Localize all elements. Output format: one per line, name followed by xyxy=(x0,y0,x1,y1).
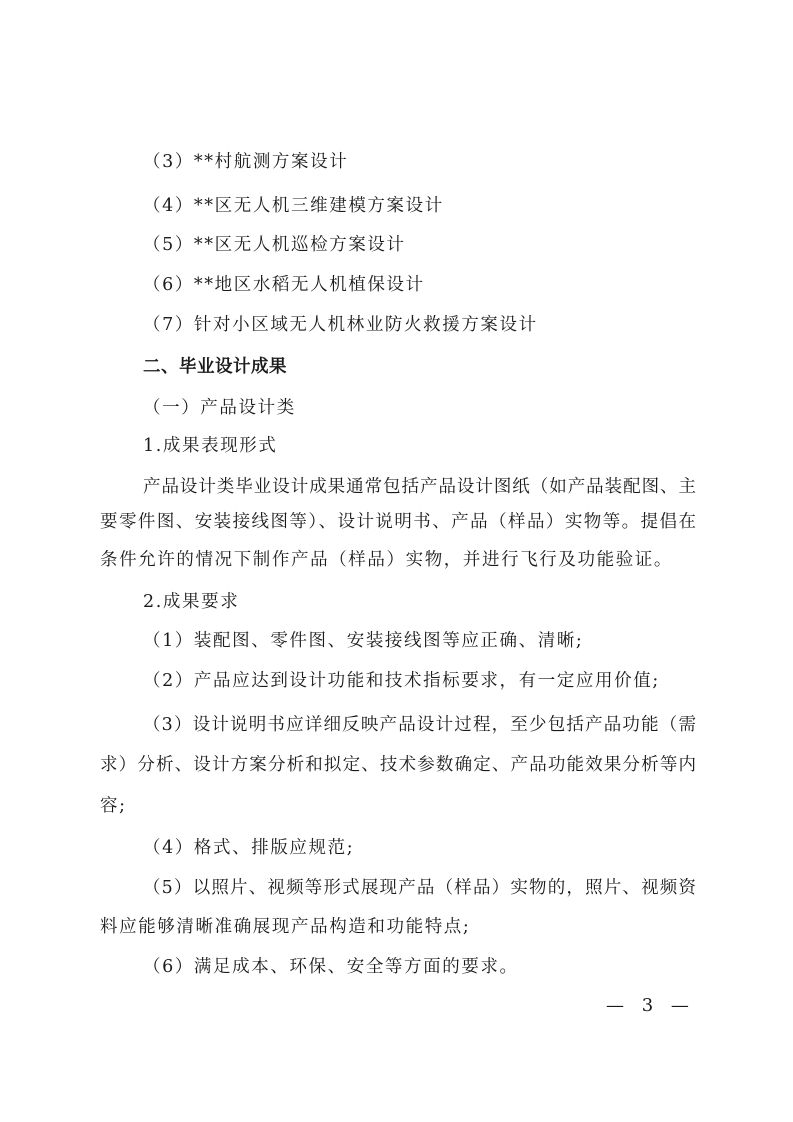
list-item: （4）**区无人机三维建模方案设计 xyxy=(143,196,696,216)
requirement-item: （6）满足成本、环保、安全等方面的要求。 xyxy=(143,957,696,977)
requirement-item: （3）设计说明书应详细反映产品设计过程，至少包括产品功能（需 xyxy=(143,715,696,735)
subsection-heading: （一）产品设计类 xyxy=(143,398,696,418)
paragraph-line: 要零件图、安装接线图等）、设计说明书、产品（样品）实物等。提倡在 xyxy=(100,512,696,532)
requirement-item-continued: 求）分析、设计方案分析和拟定、技术参数确定、产品功能效果分析等内 xyxy=(100,755,696,775)
page-number: — 3 — xyxy=(606,995,695,1016)
list-item: （5）**区无人机巡检方案设计 xyxy=(143,235,696,255)
list-item: （7）针对小区域无人机林业防火救援方案设计 xyxy=(143,315,696,335)
requirement-item-continued: 料应能够清晰准确展现产品构造和功能特点; xyxy=(100,917,696,937)
subsubsection-title: 2.成果要求 xyxy=(143,592,696,612)
paragraph-line: 产品设计类毕业设计成果通常包括产品设计图纸（如产品装配图、主 xyxy=(143,477,696,497)
requirement-item: （5）以照片、视频等形式展现产品（样品）实物的，照片、视频资 xyxy=(143,878,696,898)
list-item: （3）**村航测方案设计 xyxy=(143,152,696,172)
requirement-item: （1）装配图、零件图、安装接线图等应正确、清晰; xyxy=(143,631,696,651)
requirement-item-continued: 容; xyxy=(100,796,696,816)
requirement-item: （2）产品应达到设计功能和技术指标要求，有一定应用价值; xyxy=(143,671,696,691)
document-page: （3）**村航测方案设计 （4）**区无人机三维建模方案设计 （5）**区无人机… xyxy=(0,0,793,1122)
list-item: （6）**地区水稻无人机植保设计 xyxy=(143,275,696,295)
subsubsection-title: 1.成果表现形式 xyxy=(143,436,696,456)
requirement-item: （4）格式、排版应规范; xyxy=(143,838,696,858)
paragraph-line: 条件允许的情况下制作产品（样品）实物，并进行飞行及功能验证。 xyxy=(100,550,696,570)
section-heading: 二、毕业设计成果 xyxy=(143,357,696,377)
